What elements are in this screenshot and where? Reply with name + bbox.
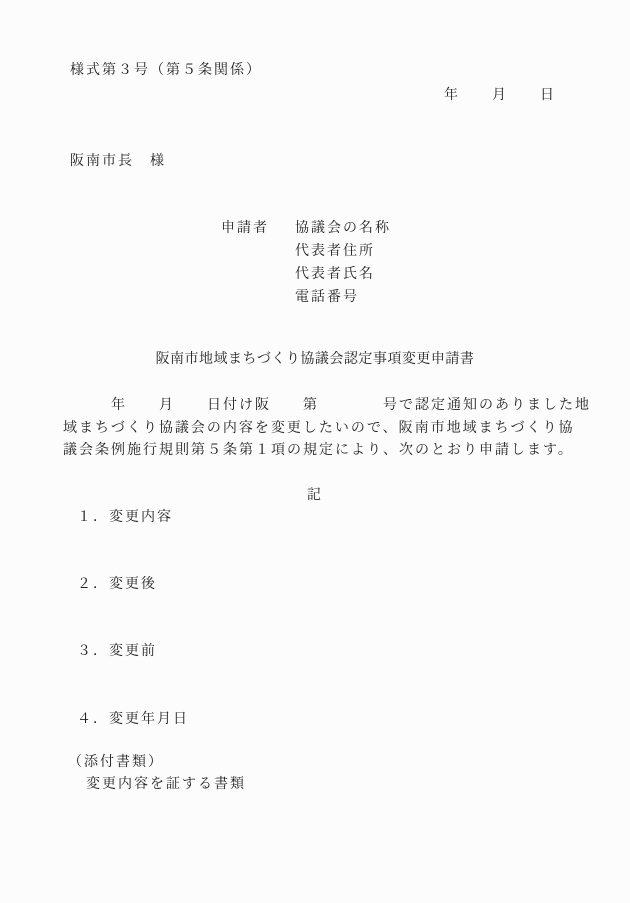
applicant-label: 申請者 bbox=[221, 218, 269, 238]
document-page: 様式第３号（第５条関係） 年 月 日 阪南市長 様 申請者 協議会の名称 代表者… bbox=[0, 0, 630, 903]
list-item-change-details: １．変更内容 bbox=[77, 507, 173, 527]
date-line: 年 月 日 bbox=[444, 85, 556, 105]
list-item-change-date: ４．変更年月日 bbox=[77, 709, 189, 729]
attachments-heading: （添付書類） bbox=[68, 752, 164, 772]
record-marker: 記 bbox=[0, 485, 630, 505]
body-line: 年 月 日付け阪 第 号で認定通知のありました地 bbox=[63, 395, 591, 415]
document-title: 阪南市地域まちづくり協議会認定事項変更申請書 bbox=[0, 349, 630, 369]
applicant-field-representative-address: 代表者住所 bbox=[295, 241, 375, 261]
applicant-field-phone-number: 電話番号 bbox=[295, 287, 359, 307]
list-item-before-change: ３．変更前 bbox=[77, 641, 157, 661]
body-line: 議会条例施行規則第５条第１項の規定により、次のとおり申請します。 bbox=[63, 440, 574, 460]
applicant-field-council-name: 協議会の名称 bbox=[295, 218, 391, 238]
form-number: 様式第３号（第５条関係） bbox=[70, 60, 262, 80]
body-line: 域まちづくり協議会の内容を変更したいので、阪南市地域まちづくり協 bbox=[63, 418, 574, 438]
list-item-after-change: ２．変更後 bbox=[77, 574, 157, 594]
addressee: 阪南市長 様 bbox=[70, 151, 166, 171]
attachment-document-line: 変更内容を証する書類 bbox=[86, 774, 246, 794]
applicant-field-representative-name: 代表者氏名 bbox=[295, 264, 375, 284]
